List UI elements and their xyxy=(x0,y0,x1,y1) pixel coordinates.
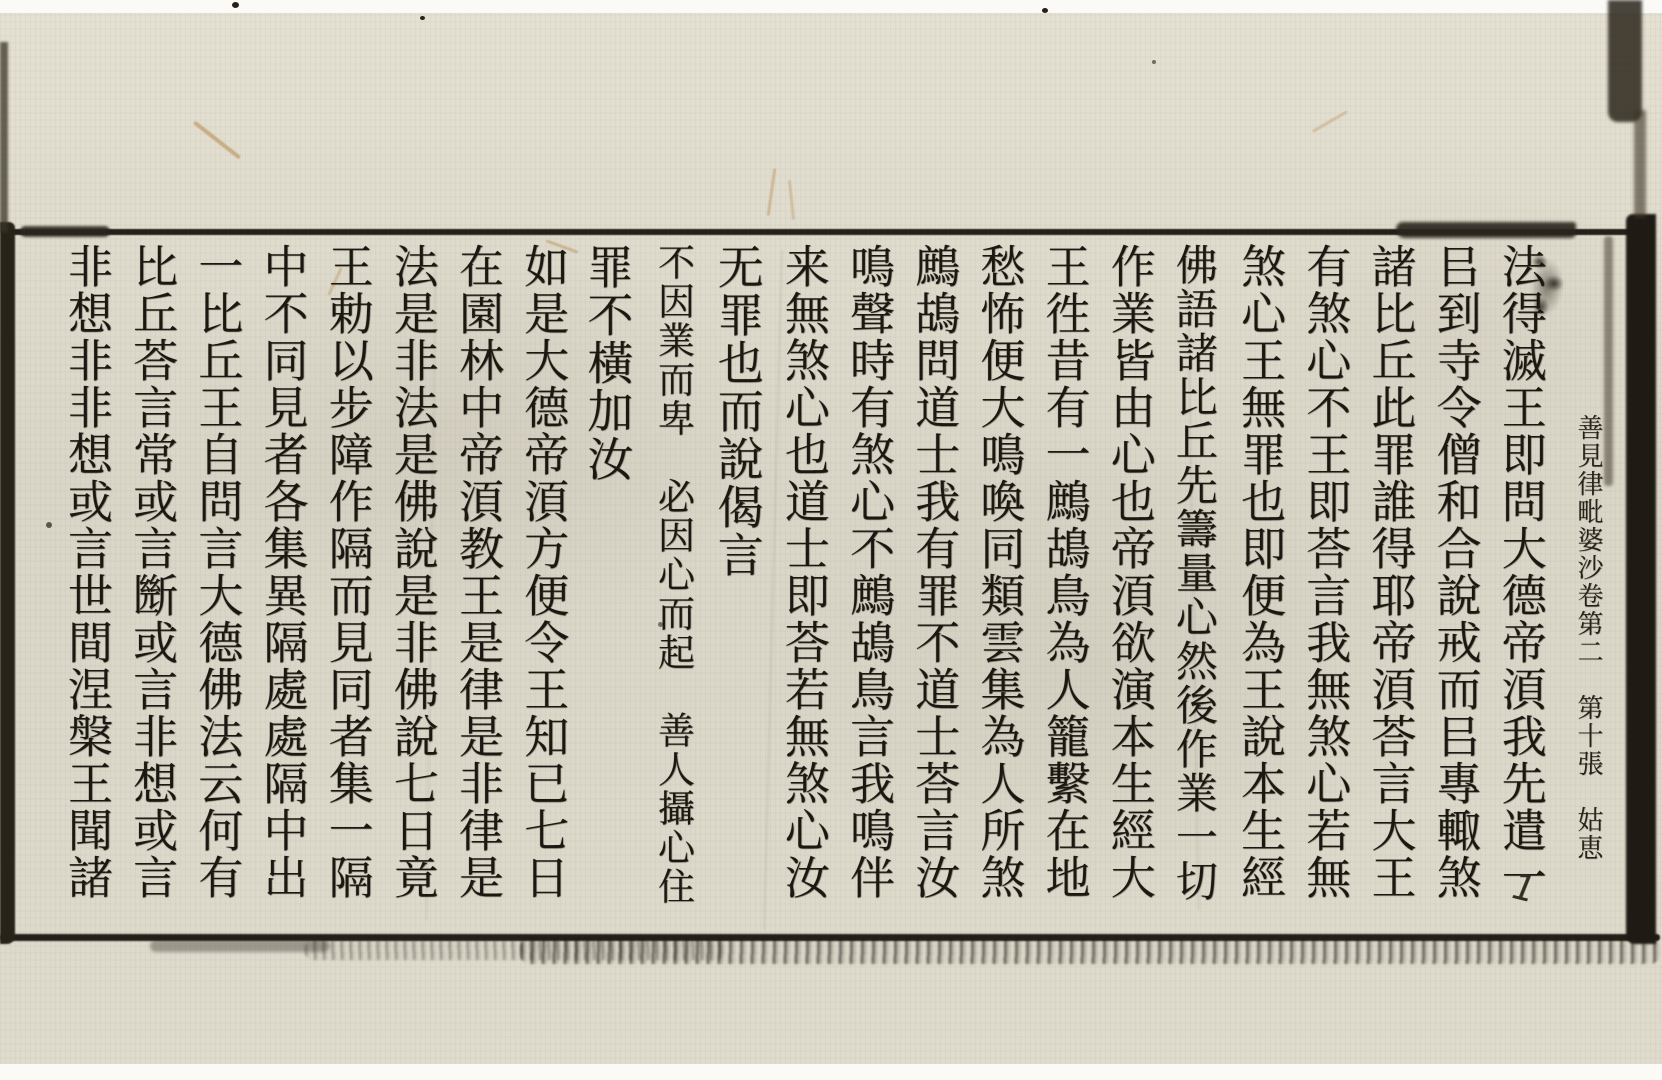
text-column: 不因業而卑 必因心而起 善人攝心住 xyxy=(641,243,705,905)
paper-fiber xyxy=(1312,110,1348,133)
text-column: 来無煞心也道士即荅若無煞心汝 xyxy=(771,243,835,905)
paper-fiber xyxy=(767,168,777,216)
frame-border-right xyxy=(1626,214,1656,944)
scan-edge-top xyxy=(0,0,1662,13)
ink-smudge xyxy=(1396,222,1576,238)
text-column: 鷓鴣問道士我有罪不道士荅言汝 xyxy=(901,243,965,905)
ink-speck xyxy=(420,16,425,20)
text-column: 法是非法是佛說是非佛說七日竟 xyxy=(380,243,444,905)
text-columns: 法得滅王即問大德帝湏我先遣一㠯到寺令僧和合說戒而㠯專輙煞諸比丘此罪誰得耶帝湏荅言… xyxy=(54,243,1552,905)
text-column: 鳴聲時有煞心不鷓鴣鳥言我鳴伴 xyxy=(836,243,900,905)
ink-smudge xyxy=(20,226,110,237)
text-column: 㠯到寺令僧和合說戒而㠯專輙煞 xyxy=(1423,243,1487,905)
ink-streak xyxy=(1608,0,1642,122)
manuscript-scan: 善見律毗婆沙卷第二 第十張 姑恵 法得滅王即問大德帝湏我先遣一㠯到寺令僧和合說戒… xyxy=(0,0,1662,1080)
text-column: 作業皆由心也帝湏欲演本生經大 xyxy=(1097,243,1161,905)
text-column: 一比丘王自問言大德佛法云何有 xyxy=(184,243,248,905)
ink-streak xyxy=(1634,110,1646,218)
ink-speck xyxy=(1042,8,1048,13)
text-column: 中不同見者各集異隔處處隔中出 xyxy=(250,243,314,905)
ink-streak xyxy=(0,42,8,232)
ink-speck xyxy=(46,522,52,528)
ink-speck xyxy=(1152,60,1156,64)
ink-smudge xyxy=(150,940,330,952)
volume-title-column: 善見律毗婆沙卷第二 第十張 姑恵 xyxy=(1566,414,1610,884)
text-column: 罪不橫加汝 xyxy=(575,243,639,905)
text-column: 王徃昔有一鷓鴣鳥為人籠繫在地 xyxy=(1032,243,1096,905)
frame-border-left xyxy=(0,222,15,944)
text-column: 佛語諸比丘先籌量心然後作業一切 xyxy=(1162,243,1226,905)
paper-fiber xyxy=(193,121,241,160)
text-column: 无罪也而說偈言 xyxy=(706,243,770,905)
text-column: 在園林中帝湏教王是律是非律是 xyxy=(445,243,509,905)
text-column: 比丘荅言常或言㫁或言非想或言 xyxy=(119,243,183,905)
ink-smudge xyxy=(305,940,725,960)
text-column: 有煞心不王即荅言我無煞心若無 xyxy=(1292,243,1356,905)
paper-fiber xyxy=(788,180,795,220)
text-column: 王勅以步障作隔而見同者集一隔 xyxy=(315,243,379,905)
text-column: 如是大德帝湏方便令王知已七日 xyxy=(510,243,574,905)
ink-speck xyxy=(232,2,239,8)
text-column: 煞心王無罪也即便為王說本生經 xyxy=(1227,243,1291,905)
text-column: 愁怖便大鳴喚同類雲集為人所煞 xyxy=(966,243,1030,905)
scan-edge-bottom xyxy=(0,1064,1662,1080)
text-column: 非想非非想或言世間涅槃王聞諸 xyxy=(54,243,118,905)
text-column: 法得滅王即問大德帝湏我先遣一 xyxy=(1488,243,1552,905)
text-column: 諸比丘此罪誰得耶帝湏荅言大王 xyxy=(1357,243,1421,905)
